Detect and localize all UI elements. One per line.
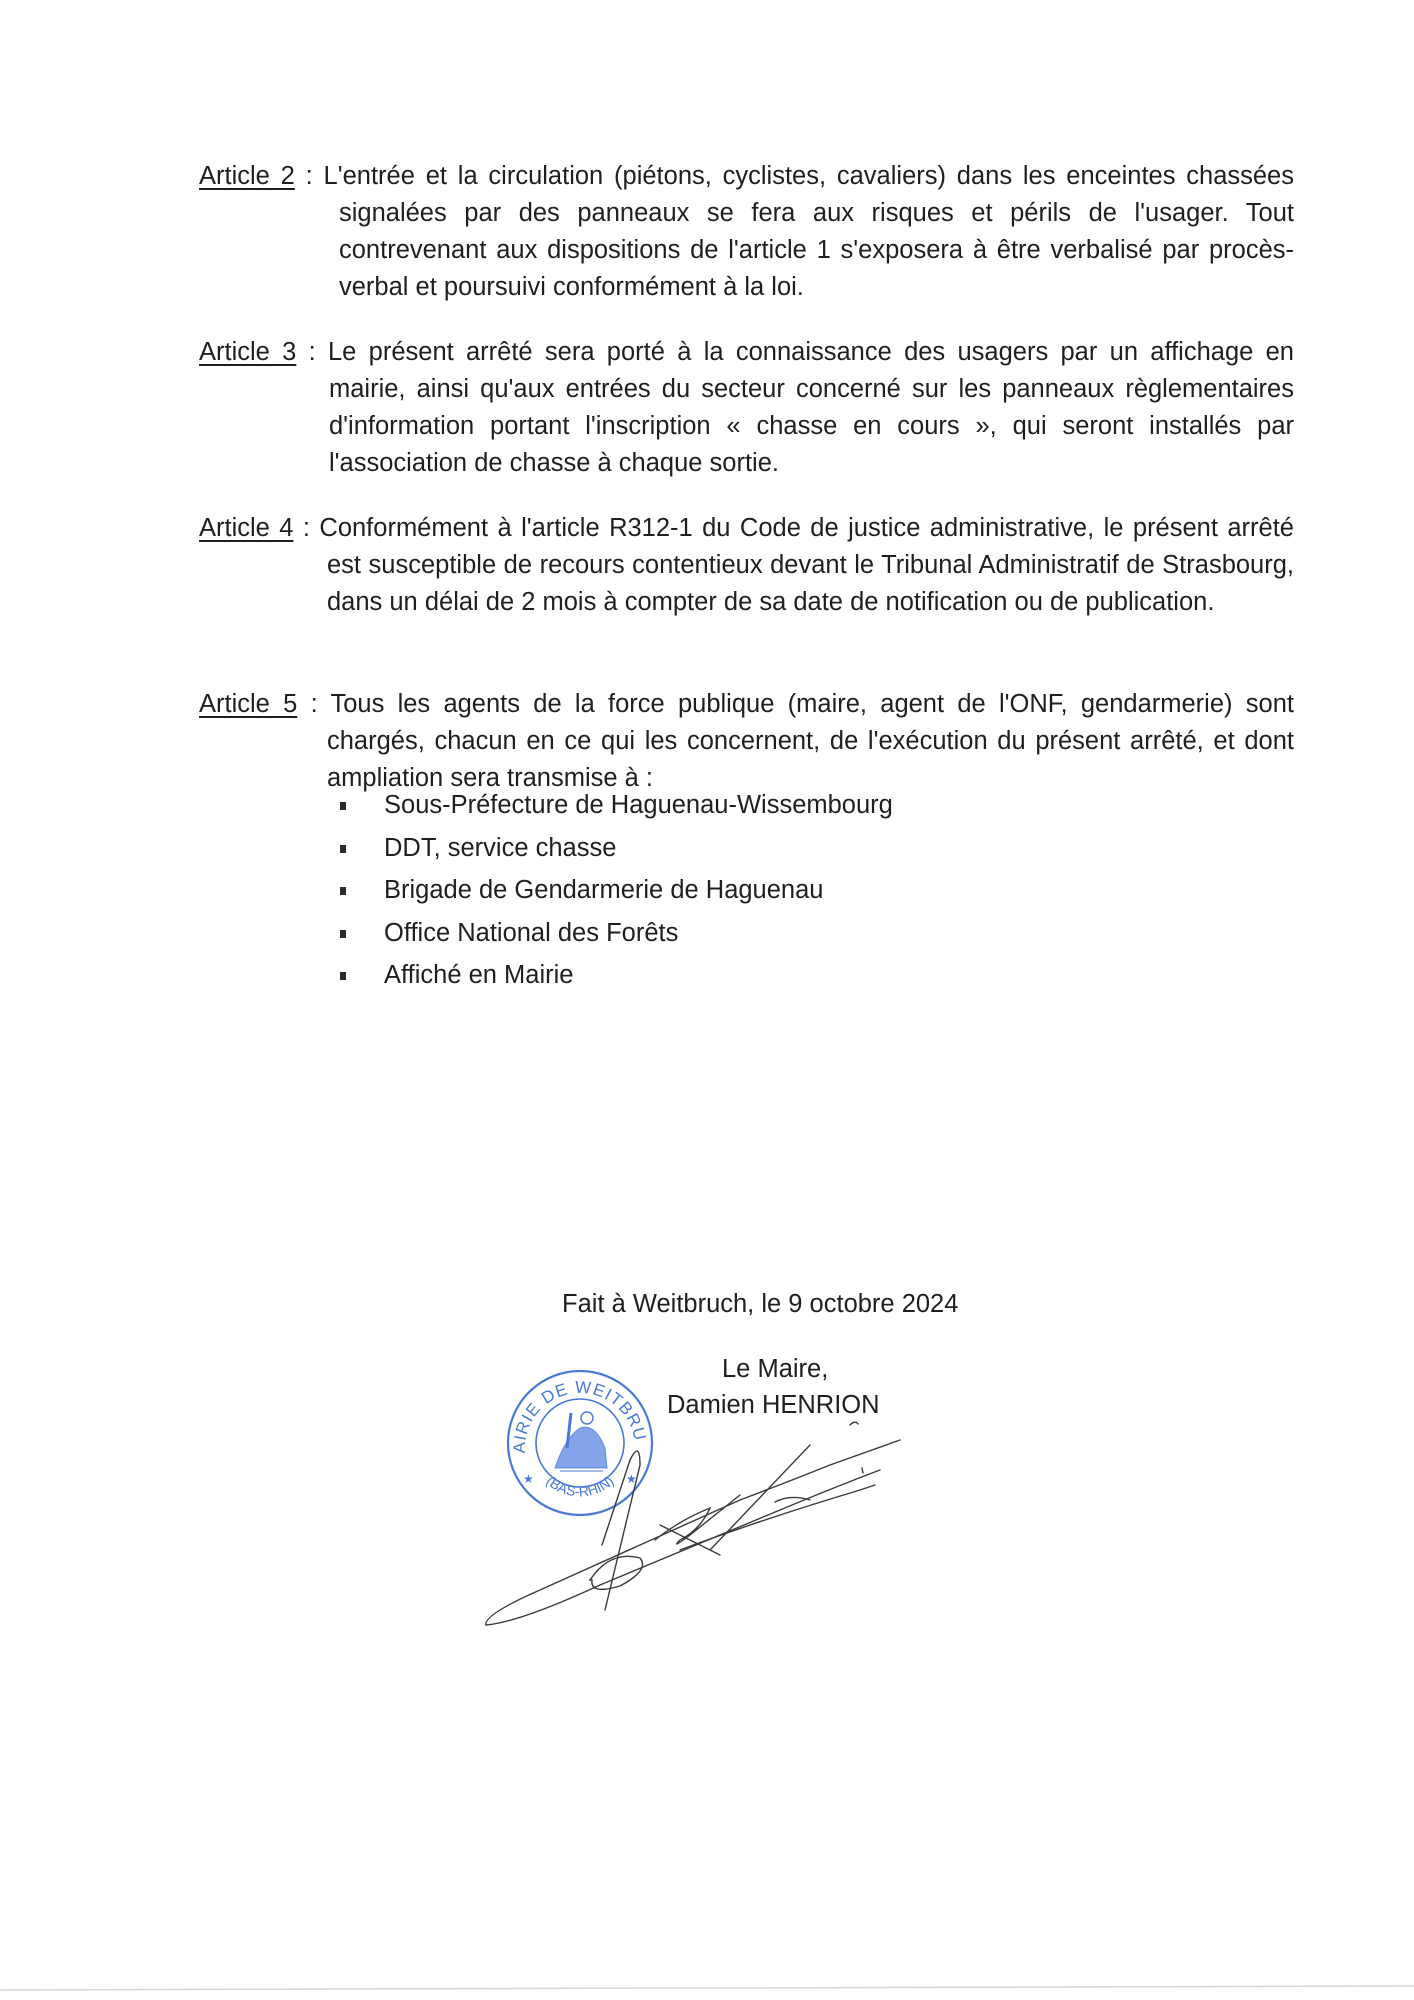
article-body: Article 3 : Le présent arrêté sera porté… — [199, 334, 1294, 482]
article-text: Le présent arrêté sera porté à la connai… — [328, 338, 1294, 477]
bullet-icon — [340, 930, 346, 938]
list-item: DDT, service chasse — [340, 827, 893, 870]
article-separator: : — [293, 514, 319, 542]
recipient-label: DDT, service chasse — [384, 834, 616, 862]
bullet-icon — [340, 887, 346, 895]
list-item: Sous-Préfecture de Haguenau-Wissembourg — [340, 784, 893, 827]
article-body: Article 4 : Conformément à l'article R31… — [199, 510, 1294, 621]
bullet-icon — [340, 845, 346, 853]
article-5: Article 5 : Tous les agents de la force … — [199, 686, 1294, 797]
signatory-title: Le Maire, — [722, 1355, 828, 1384]
article-body: Article 2 : L'entrée et la circulation (… — [199, 158, 1294, 306]
article-separator: : — [295, 162, 324, 190]
article-body: Article 5 : Tous les agents de la force … — [199, 686, 1294, 797]
article-label: Article 5 — [199, 690, 297, 718]
article-3: Article 3 : Le présent arrêté sera porté… — [199, 334, 1294, 482]
article-text: L'entrée et la circulation (piétons, cyc… — [324, 162, 1294, 301]
place-date: Fait à Weitbruch, le 9 octobre 2024 — [562, 1290, 958, 1319]
recipient-label: Brigade de Gendarmerie de Haguenau — [384, 876, 823, 904]
bullet-icon — [340, 802, 346, 810]
article-separator: : — [296, 338, 328, 366]
signature-icon — [480, 1390, 960, 1640]
article-2: Article 2 : L'entrée et la circulation (… — [199, 158, 1294, 306]
scan-edge-line — [0, 1985, 1414, 1991]
article-4: Article 4 : Conformément à l'article R31… — [199, 510, 1294, 621]
list-item: Brigade de Gendarmerie de Haguenau — [340, 869, 893, 912]
article-label: Article 3 — [199, 338, 296, 366]
recipients-list: Sous-Préfecture de Haguenau-Wissembourg … — [340, 784, 893, 997]
article-separator: : — [297, 690, 330, 718]
document-page: Article 2 : L'entrée et la circulation (… — [0, 0, 1414, 2000]
article-text: Tous les agents de la force publique (ma… — [327, 690, 1294, 792]
recipient-label: Affiché en Mairie — [384, 961, 573, 989]
recipient-label: Office National des Forêts — [384, 919, 678, 947]
article-label: Article 2 — [199, 162, 295, 190]
article-text: Conformément à l'article R312-1 du Code … — [319, 514, 1294, 616]
list-item: Affiché en Mairie — [340, 954, 893, 997]
article-label: Article 4 — [199, 514, 293, 542]
list-item: Office National des Forêts — [340, 912, 893, 955]
bullet-icon — [340, 972, 346, 980]
recipient-label: Sous-Préfecture de Haguenau-Wissembourg — [384, 791, 893, 819]
